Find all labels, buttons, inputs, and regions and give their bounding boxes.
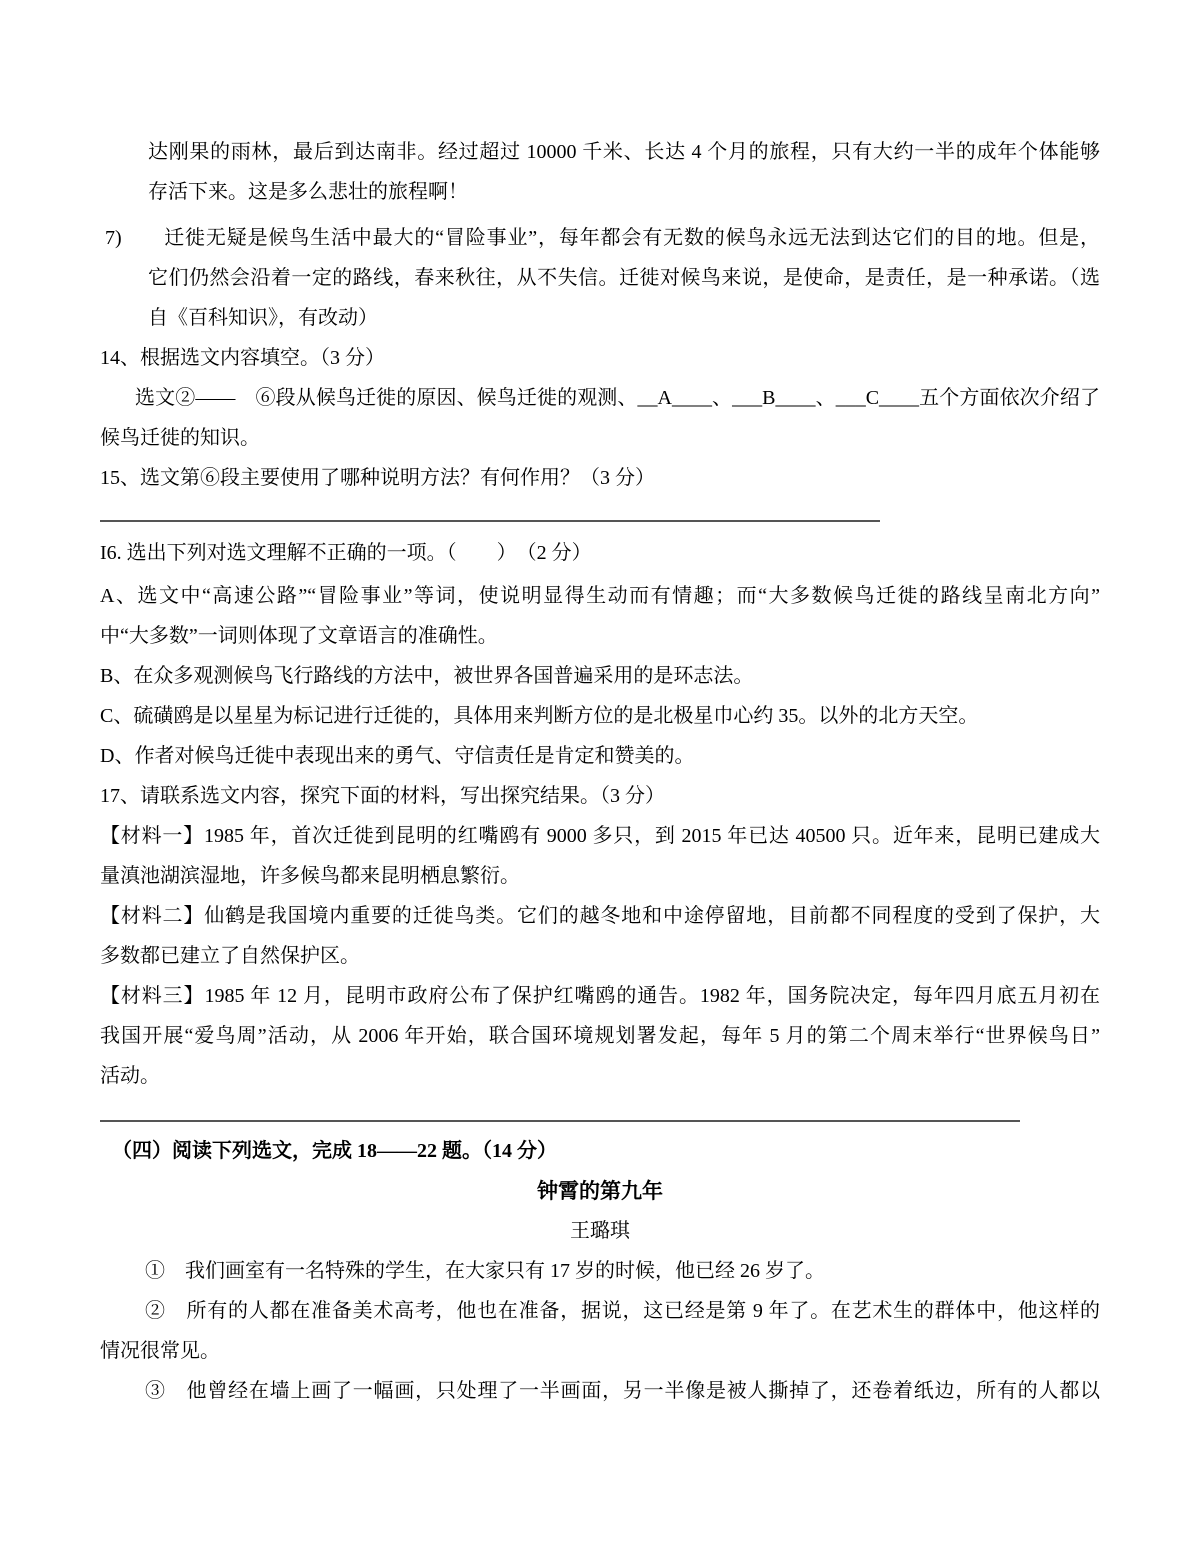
text-line: 中“大多数”一词则体现了文章语言的准确性。	[100, 616, 1100, 656]
question-17: 17、请联系选文内容，探究下面的材料，写出探究结果。（3 分）	[100, 776, 1100, 816]
text-line: 量滇池湖滨湿地，许多候鸟都来昆明栖息繁衍。	[100, 856, 1100, 896]
option-d: D、作者对候鸟迁徙中表现出来的勇气、守信责任是肯定和赞美的。	[100, 736, 1100, 776]
question-16-text: I6. 选出下列对选文理解不正确的一项。（ ） （2 分）	[100, 533, 1100, 573]
option-c-text: C、硫磺鸥是以星星为标记进行迁徙的，具体用来判断方位的是北极星巾心约 35。以外…	[100, 696, 1100, 736]
section-4-heading-text: （四）阅读下列选文，完成 18——22 题。（14 分）	[112, 1131, 1100, 1171]
text-line: 7) 迁徙无疑是候鸟生活中最大的“冒险事业”，每年都会有无数的候鸟永远无法到达它…	[148, 218, 1100, 258]
text-line: ③ 他曾经在墙上画了一幅画，只处理了一半画面，另一半像是被人撕掉了，还卷着纸边，…	[100, 1371, 1100, 1411]
question-15-text: 15、选文第⑥段主要使用了哪种说明方法？有何作用？（3 分）	[100, 458, 1100, 498]
question-16: I6. 选出下列对选文理解不正确的一项。（ ） （2 分）	[100, 533, 1100, 573]
question-14-text: 14、根据选文内容填空。（3 分）	[100, 338, 1100, 378]
question-15: 15、选文第⑥段主要使用了哪种说明方法？有何作用？（3 分）	[100, 458, 1100, 498]
text-line: 存活下来。这是多么悲壮的旅程啊！	[148, 172, 1100, 212]
option-b-text: B、在众多观测候鸟飞行路线的方法中，被世界各国普遍采用的是环志法。	[100, 656, 1100, 696]
exam-page: 达刚果的雨林，最后到达南非。经过超过 10000 千米、长达 4 个月的旅程，只…	[0, 0, 1200, 1553]
question-14-fill-blanks: 选文②—— ⑥段从候鸟迁徙的原因、候鸟迁徙的观测、__A____、___B___…	[100, 378, 1100, 458]
text-line: ① 我们画室有一名特殊的学生，在大家只有 17 岁的时候，他已经 26 岁了。	[100, 1251, 1100, 1291]
passage-item-7: 7) 迁徙无疑是候鸟生活中最大的“冒险事业”，每年都会有无数的候鸟永远无法到达它…	[100, 218, 1100, 338]
passage-ending-paragraph: 达刚果的雨林，最后到达南非。经过超过 10000 千米、长达 4 个月的旅程，只…	[100, 132, 1100, 212]
option-b: B、在众多观测候鸟飞行路线的方法中，被世界各国普遍采用的是环志法。	[100, 656, 1100, 696]
essay-paragraph-3: ③ 他曾经在墙上画了一幅画，只处理了一半画面，另一半像是被人撕掉了，还卷着纸边，…	[100, 1371, 1100, 1411]
question-14: 14、根据选文内容填空。（3 分）	[100, 338, 1100, 378]
text-line: 情况很常见。	[100, 1331, 1100, 1371]
section-rule-divider	[100, 1120, 1020, 1122]
text-line: 【材料二】仙鹤是我国境内重要的迁徙鸟类。它们的越冬地和中途停留地，目前都不同程度…	[100, 896, 1100, 936]
material-1: 【材料一】1985 年，首次迁徙到昆明的红嘴鸥有 9000 多只，到 2015 …	[100, 816, 1100, 896]
text-line: 候鸟迁徙的知识。	[100, 418, 1100, 458]
text-line: ② 所有的人都在准备美术高考，他也在准备，据说，这已经是第 9 年了。在艺术生的…	[100, 1291, 1100, 1331]
text-line: 活动。	[100, 1056, 1100, 1096]
essay-paragraph-1: ① 我们画室有一名特殊的学生，在大家只有 17 岁的时候，他已经 26 岁了。	[100, 1251, 1100, 1291]
essay-title: 钟霄的第九年	[100, 1171, 1100, 1211]
text-line: 我国开展“爱鸟周”活动，从 2006 年开始，联合国环境规划署发起，每年 5 月…	[100, 1016, 1100, 1056]
text-line: 【材料三】1985 年 12 月，昆明市政府公布了保护红嘴鸥的通告。1982 年…	[100, 976, 1100, 1016]
text-line: 选文②—— ⑥段从候鸟迁徙的原因、候鸟迁徙的观测、__A____、___B___…	[100, 378, 1100, 418]
text-line: A、选文中“高速公路”“冒险事业”等词，使说明显得生动而有情趣；而“大多数候鸟迁…	[100, 576, 1100, 616]
text-line: 达刚果的雨林，最后到达南非。经过超过 10000 千米、长达 4 个月的旅程，只…	[148, 132, 1100, 172]
question-17-text: 17、请联系选文内容，探究下面的材料，写出探究结果。（3 分）	[100, 776, 1100, 816]
option-d-text: D、作者对候鸟迁徙中表现出来的勇气、守信责任是肯定和赞美的。	[100, 736, 1100, 776]
text-line: 自《百科知识》，有改动）	[148, 298, 1100, 338]
material-2: 【材料二】仙鹤是我国境内重要的迁徙鸟类。它们的越冬地和中途停留地，目前都不同程度…	[100, 896, 1100, 976]
answer-rule-divider	[100, 520, 880, 522]
option-c: C、硫磺鸥是以星星为标记进行迁徙的，具体用来判断方位的是北极星巾心约 35。以外…	[100, 696, 1100, 736]
material-3: 【材料三】1985 年 12 月，昆明市政府公布了保护红嘴鸥的通告。1982 年…	[100, 976, 1100, 1096]
essay-author-text: 王璐琪	[100, 1211, 1100, 1251]
text-line: 【材料一】1985 年，首次迁徙到昆明的红嘴鸥有 9000 多只，到 2015 …	[100, 816, 1100, 856]
essay-title-text: 钟霄的第九年	[100, 1171, 1100, 1211]
section-4-heading: （四）阅读下列选文，完成 18——22 题。（14 分）	[100, 1131, 1100, 1171]
text-line: 它们仍然会沿着一定的路线，春来秋往，从不失信。迁徙对候鸟来说，是使命，是责任，是…	[148, 258, 1100, 298]
essay-paragraph-2: ② 所有的人都在准备美术高考，他也在准备，据说，这已经是第 9 年了。在艺术生的…	[100, 1291, 1100, 1371]
text-line: 多数都已建立了自然保护区。	[100, 936, 1100, 976]
option-a: A、选文中“高速公路”“冒险事业”等词，使说明显得生动而有情趣；而“大多数候鸟迁…	[100, 576, 1100, 656]
essay-author: 王璐琪	[100, 1211, 1100, 1251]
